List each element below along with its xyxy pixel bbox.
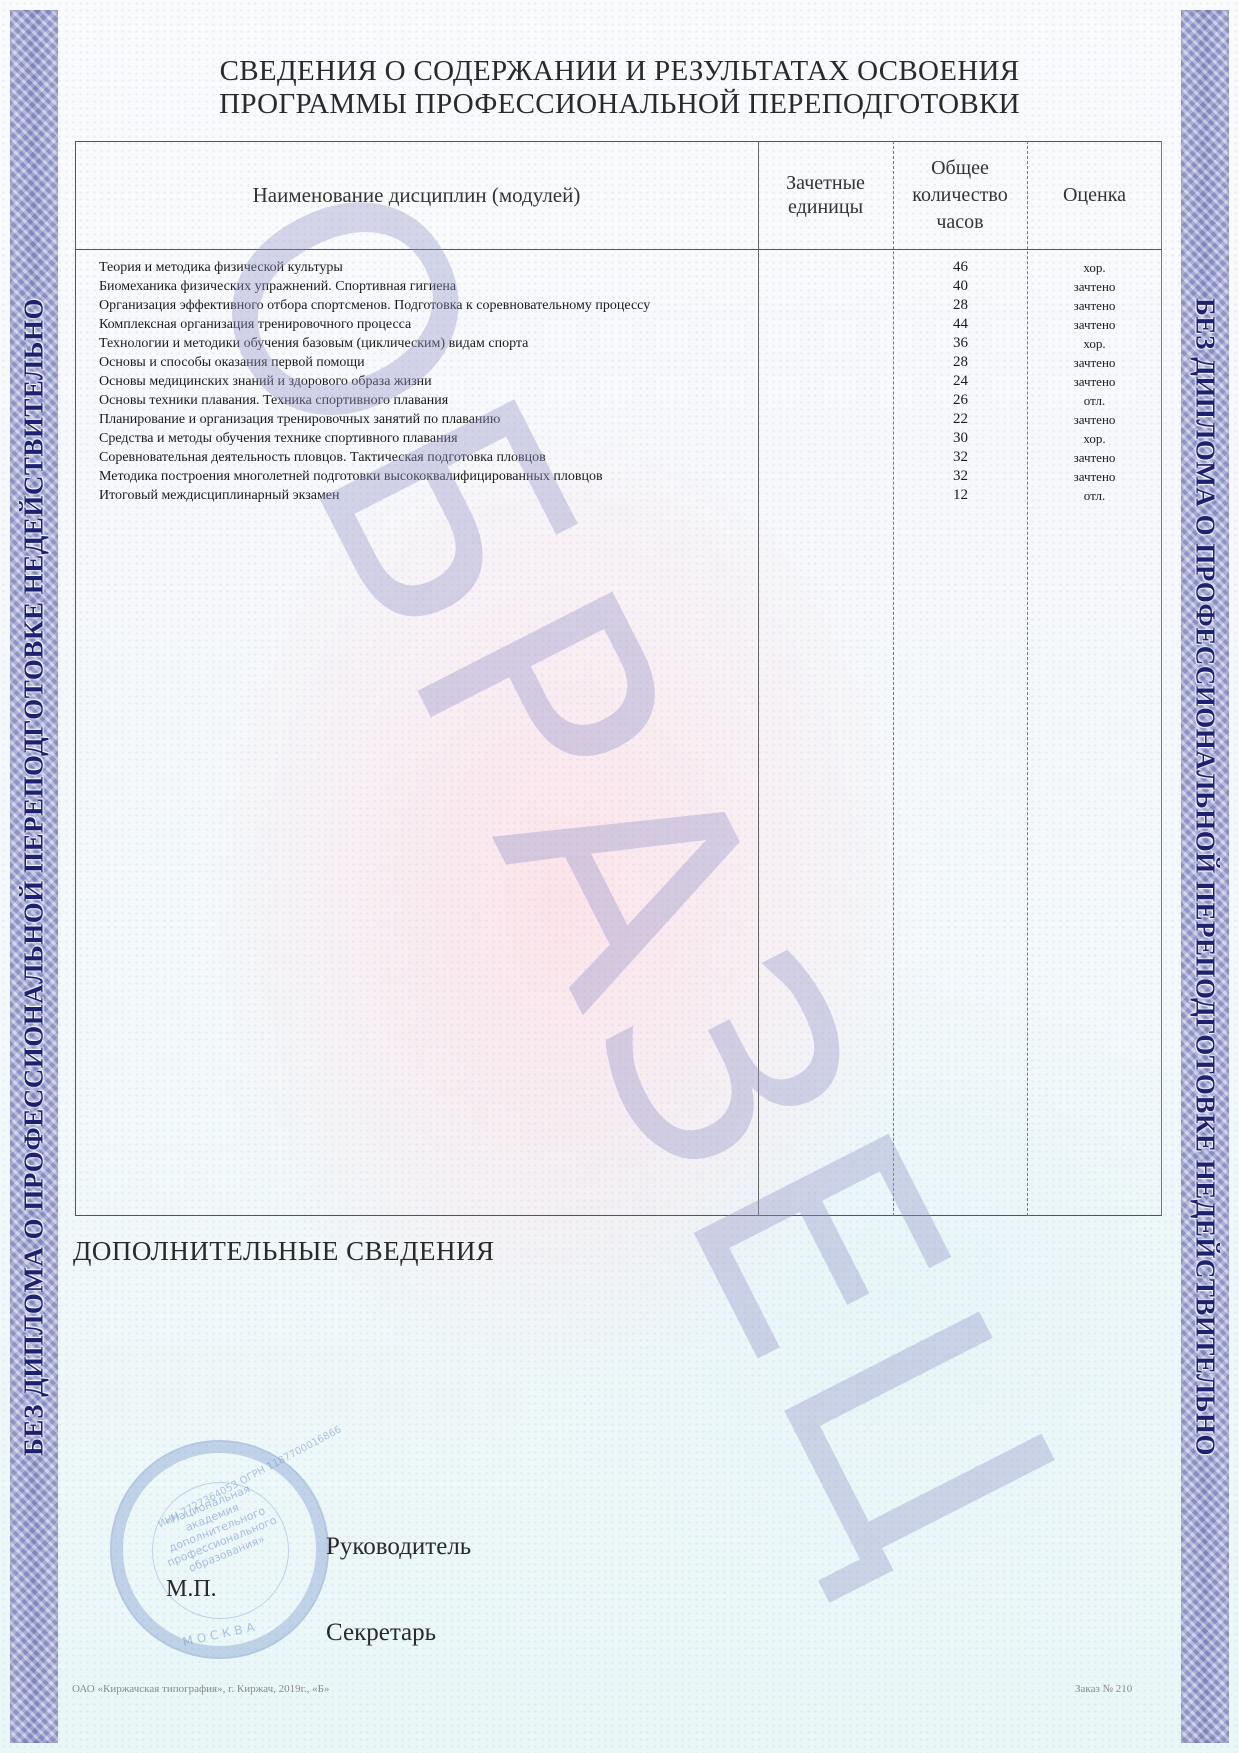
discipline-name: Основы техники плавания. Техника спортив… [99,391,448,410]
discipline-name: Средства и методы обучения технике спорт… [99,429,458,448]
discipline-name: Комплексная организация тренировочного п… [99,315,411,334]
hours-value: 28 [893,353,1028,372]
document-title: СВЕДЕНИЯ О СОДЕРЖАНИИ И РЕЗУЛЬТАТАХ ОСВО… [0,55,1239,121]
hours-value: 32 [893,467,1028,486]
seal-place-label: М.П. [166,1576,217,1603]
header-credits-line2: единицы [786,195,865,219]
discipline-name: Организация эффективного отбора спортсме… [99,296,650,315]
table-row: Основы и способы оказания первой помощи2… [75,353,1162,372]
additional-info-heading: ДОПОЛНИТЕЛЬНЫЕ СВЕДЕНИЯ [73,1236,495,1267]
grade-value: зачтено [1027,410,1162,429]
discipline-name: Биомеханика физических упражнений. Спорт… [99,277,456,296]
table-row: Комплексная организация тренировочного п… [75,315,1162,334]
hours-value: 30 [893,429,1028,448]
header-hours: Общее количество часов [893,141,1027,249]
header-discipline: Наименование дисциплин (модулей) [75,141,758,249]
hours-value: 12 [893,486,1028,505]
table-row: Методика построения многолетней подготов… [75,467,1162,486]
discipline-name: Основы медицинских знаний и здорового об… [99,372,432,391]
stamp-city: МОСКВА [181,1619,259,1649]
hours-value: 26 [893,391,1028,410]
table-row: Теория и методика физической культуры46х… [75,258,1162,277]
hours-value: 40 [893,277,1028,296]
grade-value: зачтено [1027,315,1162,334]
table-row: Биомеханика физических упражнений. Спорт… [75,277,1162,296]
table-row: Средства и методы обучения технике спорт… [75,429,1162,448]
table-row: Итоговый междисциплинарный экзамен12отл. [75,486,1162,505]
header-divider [75,249,1162,250]
hours-value: 36 [893,334,1028,353]
hours-value: 46 [893,258,1028,277]
header-grade: Оценка [1027,141,1162,249]
discipline-name: Планирование и организация тренировочных… [99,410,500,429]
grade-value: хор. [1027,258,1162,277]
title-line-2: ПРОГРАММЫ ПРОФЕССИОНАЛЬНОЙ ПЕРЕПОДГОТОВК… [0,88,1239,121]
signature-head-label: Руководитель [326,1533,471,1561]
grade-value: отл. [1027,391,1162,410]
right-border-text: БЕЗ ДИПЛОМА О ПРОФЕССИОНАЛЬНОЙ ПЕРЕПОДГО… [1190,298,1221,1456]
title-line-1: СВЕДЕНИЯ О СОДЕРЖАНИИ И РЕЗУЛЬТАТАХ ОСВО… [0,55,1239,88]
header-discipline-label: Наименование дисциплин (модулей) [253,183,581,207]
grade-value: зачтено [1027,353,1162,372]
printer-info: ОАО «Киржачская типография», г. Киржач, … [72,1683,330,1695]
table-row: Основы техники плавания. Техника спортив… [75,391,1162,410]
order-number: Заказ № 210 [1075,1683,1132,1695]
hours-value: 22 [893,410,1028,429]
grade-value: зачтено [1027,372,1162,391]
grade-value: хор. [1027,334,1162,353]
table-row: Основы медицинских знаний и здорового об… [75,372,1162,391]
table-row: Соревновательная деятельность пловцов. Т… [75,448,1162,467]
right-ornamental-border: БЕЗ ДИПЛОМА О ПРОФЕССИОНАЛЬНОЙ ПЕРЕПОДГО… [1181,10,1229,1743]
discipline-name: Теория и методика физической культуры [99,258,343,277]
table-row: Технологии и методики обучения базовым (… [75,334,1162,353]
signature-secretary-label: Секретарь [326,1619,436,1647]
left-ornamental-border: БЕЗ ДИПЛОМА О ПРОФЕССИОНАЛЬНОЙ ПЕРЕПОДГО… [10,10,58,1743]
discipline-name: Итоговый междисциплинарный экзамен [99,486,340,505]
grade-value: хор. [1027,429,1162,448]
discipline-name: Основы и способы оказания первой помощи [99,353,365,372]
discipline-name: Соревновательная деятельность пловцов. Т… [99,448,546,467]
hours-value: 44 [893,315,1028,334]
grade-value: зачтено [1027,467,1162,486]
header-hours-line2: количество [912,182,1007,209]
header-hours-line3: часов [912,209,1007,236]
table-body: Теория и методика физической культуры46х… [75,258,1162,505]
header-credits-line1: Зачетные [786,171,865,195]
hours-value: 24 [893,372,1028,391]
table-row: Организация эффективного отбора спортсме… [75,296,1162,315]
hours-value: 32 [893,448,1028,467]
discipline-name: Методика построения многолетней подготов… [99,467,603,486]
table-row: Планирование и организация тренировочных… [75,410,1162,429]
grade-value: зачтено [1027,277,1162,296]
left-border-text: БЕЗ ДИПЛОМА О ПРОФЕССИОНАЛЬНОЙ ПЕРЕПОДГО… [19,298,50,1456]
header-credits: Зачетные единицы [758,141,893,249]
header-hours-line1: Общее [912,155,1007,182]
grade-value: отл. [1027,486,1162,505]
official-stamp: ИНН 7727364053 ОГРН 1187700016866 «Нацио… [110,1440,329,1659]
grade-value: зачтено [1027,296,1162,315]
grade-value: зачтено [1027,448,1162,467]
disciplines-table: Наименование дисциплин (модулей) Зачетны… [75,141,1162,1216]
header-grade-label: Оценка [1063,183,1126,207]
discipline-name: Технологии и методики обучения базовым (… [99,334,528,353]
hours-value: 28 [893,296,1028,315]
